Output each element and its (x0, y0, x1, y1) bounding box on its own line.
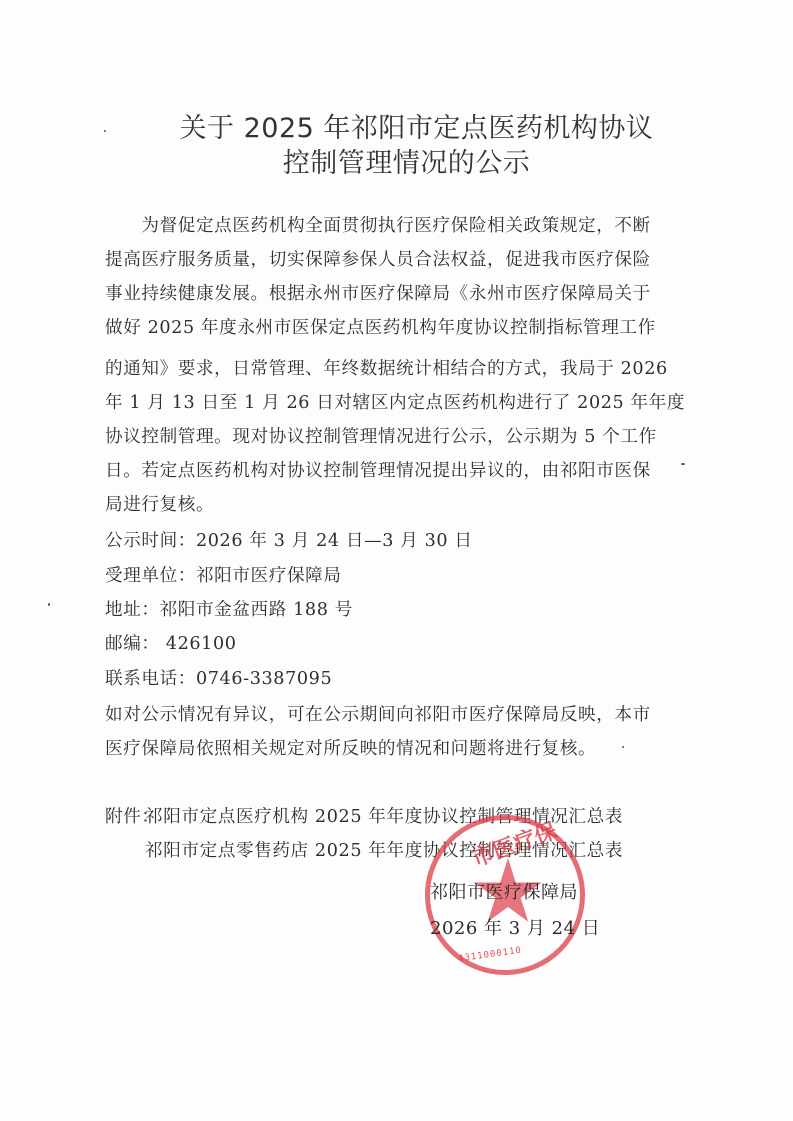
address: 地址：祁阳市金盆西路 188 号 (105, 596, 353, 621)
body-line: 提高医疗服务质量，切实保障参保人员合法权益，促进我市医疗保险 (105, 246, 651, 271)
signature-org: 祁阳市医疗保障局 (430, 878, 578, 904)
body-line: 日。若定点医药机构对协议控制管理情况提出异议的，由祁阳市医保 (105, 457, 651, 482)
phone: 联系电话：0746-3387095 (105, 665, 332, 690)
body-line: 事业持续健康发展。根据永州市医疗保障局《永州市医疗保障局关于 (105, 280, 651, 305)
scan-speck (681, 463, 685, 465)
seal-code: 4311000110 (458, 946, 523, 965)
objection-line: 如对公示情况有异议，可在公示期间向祁阳市医疗保障局反映，本市 (105, 701, 651, 726)
body-line: 协议控制管理。现对协议控制管理情况进行公示，公示期为 5 个工作 (105, 423, 657, 448)
attachment-item: 祁阳市定点医疗机构 2025 年年度协议控制管理情况汇总表 (145, 803, 623, 828)
scan-speck (48, 603, 50, 606)
postcode: 邮编： 426100 (105, 630, 237, 655)
publicity-period: 公示时间：2026 年 3 月 24 日—3 月 30 日 (105, 527, 473, 552)
body-line: 的通知》要求，日常管理、年终数据统计相结合的方式，我局于 2026 (105, 355, 668, 380)
scan-speck (622, 746, 624, 748)
body-line: 为督促定点医药机构全面贯彻执行医疗保险相关政策规定，不断 (105, 212, 651, 237)
scan-speck (104, 130, 106, 132)
accepting-unit: 受理单位：祁阳市医疗保障局 (105, 562, 342, 587)
body-line: 做好 2025 年度永州市医保定点医药机构年度协议控制指标管理工作 (105, 314, 656, 339)
signature-date: 2026 年 3 月 24 日 (430, 914, 600, 940)
objection-line: 医疗保障局依照相关规定对所反映的情况和问题将进行复核。 (105, 735, 596, 760)
attachment-item: 祁阳市定点零售药店 2025 年年度协议控制管理情况汇总表 (145, 837, 623, 862)
document-page: 关于 2025 年祁阳市定点医药机构协议 控制管理情况的公示 为督促定点医药机构… (0, 0, 793, 1121)
document-title-line-2: 控制管理情况的公示 (0, 141, 793, 180)
body-line: 年 1 月 13 日至 1 月 26 日对辖区内定点医药机构进行了 2025 年… (105, 389, 685, 414)
document-title-line-1: 关于 2025 年祁阳市定点医药机构协议 (0, 106, 793, 145)
body-line: 局进行复核。 (105, 491, 214, 516)
